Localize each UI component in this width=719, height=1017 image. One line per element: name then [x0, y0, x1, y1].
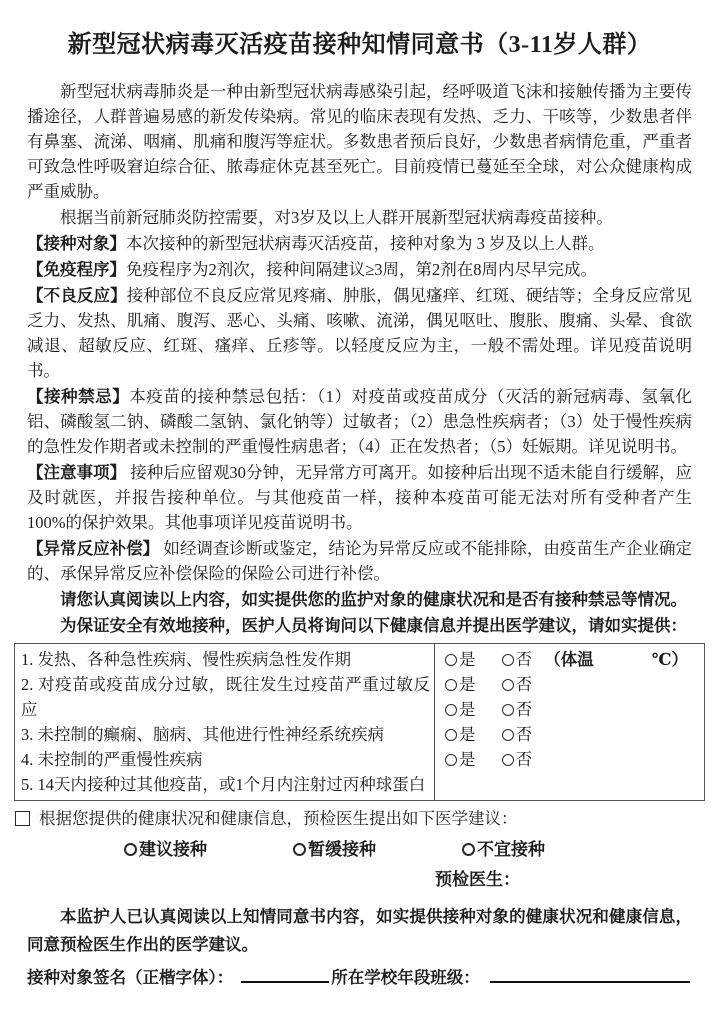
yes-option[interactable]: 是 [445, 722, 476, 747]
temperature-field: （体温℃） [544, 650, 688, 669]
health-item-1: 1. 发热、各种急性疾病、慢性疾病急性发作期 [21, 647, 430, 672]
notice-line-1: 请您认真阅读以上内容，如实提供您的监护对象的健康状况和是否有接种禁忌等情况。 [27, 587, 692, 613]
option-label: 建议接种 [139, 840, 207, 859]
yes-no-row-5: 是 否 [445, 747, 704, 772]
health-item-3: 3. 未控制的癫痫、脑病、其他进行性神经系统疾病 [21, 722, 430, 747]
temperature-label: （体温 [544, 650, 594, 669]
no-option[interactable]: 否 [502, 697, 533, 722]
health-item-5: 5. 14天内接种过其他疫苗，或1个月内注射过丙种球蛋白 [21, 772, 430, 797]
yes-no-row-2: 是 否 [445, 672, 704, 697]
section-contraindications: 【接种禁忌】本疫苗的接种禁忌包括：（1）对疫苗或疫苗成分（灭活的新冠病毒、氢氧化… [27, 384, 692, 459]
option-recommend[interactable]: 建议接种 [124, 837, 207, 862]
radio-circle-icon [502, 754, 514, 766]
radio-circle-icon [445, 754, 457, 766]
no-label: 否 [516, 725, 533, 744]
yes-label: 是 [459, 675, 476, 694]
no-option[interactable]: 否 [502, 647, 533, 672]
section-label: 【免疫程序】 [27, 260, 126, 279]
radio-circle-icon [445, 704, 457, 716]
yes-option[interactable]: 是 [445, 697, 476, 722]
intro-paragraph-1: 新型冠状病毒肺炎是一种由新型冠状病毒感染引起，经呼吸道飞沫和接触传播为主要传播途… [27, 79, 692, 204]
yes-no-row-empty [445, 772, 704, 797]
yes-option[interactable]: 是 [445, 747, 476, 772]
radio-circle-icon [502, 729, 514, 741]
section-text: 本次接种的新型冠状病毒灭活疫苗，接种对象为 3 岁及以上人群。 [126, 234, 605, 253]
signature-line: 接种对象签名（正楷字体）：所在学校年段班级： [27, 965, 692, 991]
section-text: 接种后应留观30分钟，无异常方可离开。如接种后出现不适未能自行缓解，应及时就医，… [27, 463, 692, 532]
yes-no-row-3: 是 否 [445, 697, 704, 722]
yes-no-row-1: 是 否 （体温℃） [445, 647, 704, 672]
section-label: 【注意事项】 [27, 463, 126, 482]
yes-no-column: 是 否 （体温℃） 是 否 是 否 是 否 是 否 [435, 644, 704, 800]
section-label: 【不良反应】 [27, 286, 127, 305]
section-text: 免疫程序为2剂次，接种间隔建议≥3周，第2剂在8周内尽早完成。 [126, 260, 597, 279]
option-postpone[interactable]: 暂缓接种 [293, 837, 376, 862]
no-label: 否 [516, 650, 533, 669]
radio-circle-icon [462, 843, 475, 856]
page-title: 新型冠状病毒灭活疫苗接种知情同意书（3-11岁人群） [27, 24, 692, 59]
section-label: 【接种对象】 [27, 234, 126, 253]
yes-label: 是 [459, 650, 476, 669]
advice-checkbox[interactable] [15, 811, 30, 826]
section-label: 【接种禁忌】 [27, 387, 129, 406]
health-items-column: 1. 发热、各种急性疾病、慢性疾病急性发作期 2. 对疫苗或疫苗成分过敏，既往发… [15, 644, 435, 800]
advice-options: 建议接种 暂缓接种 不宜接种 [27, 837, 692, 862]
section-immunization-schedule: 【免疫程序】免疫程序为2剂次，接种间隔建议≥3周，第2剂在8周内尽早完成。 [27, 257, 692, 282]
section-label: 【异常反应补偿】 [27, 539, 159, 558]
school-class-label: 所在学校年段班级： [331, 968, 480, 987]
section-text: 接种部位不良反应常见疼痛、肿胀，偶见瘙痒、红斑、硬结等；全身反应常见乏力、发热、… [27, 286, 692, 380]
radio-circle-icon [502, 679, 514, 691]
yes-option[interactable]: 是 [445, 647, 476, 672]
yes-label: 是 [459, 700, 476, 719]
radio-circle-icon [293, 843, 306, 856]
radio-circle-icon [445, 729, 457, 741]
yes-label: 是 [459, 725, 476, 744]
section-compensation: 【异常反应补偿】 如经调查诊断或鉴定，结论为异常反应或不能排除，由疫苗生产企业确… [27, 536, 692, 586]
section-adverse-reactions: 【不良反应】接种部位不良反应常见疼痛、肿胀，偶见瘙痒、红斑、硬结等；全身反应常见… [27, 283, 692, 383]
section-precautions: 【注意事项】 接种后应留观30分钟，无异常方可离开。如接种后出现不适未能自行缓解… [27, 460, 692, 535]
health-screening-table: 1. 发热、各种急性疾病、慢性疾病急性发作期 2. 对疫苗或疫苗成分过敏，既往发… [14, 643, 705, 801]
yes-option[interactable]: 是 [445, 672, 476, 697]
option-label: 暂缓接种 [308, 840, 376, 859]
intro-paragraph-2: 根据当前新冠肺炎防控需要，对3岁及以上人群开展新型冠状病毒疫苗接种。 [27, 205, 692, 230]
no-option[interactable]: 否 [502, 747, 533, 772]
doctor-signature-label: 预检医生： [27, 867, 692, 892]
no-label: 否 [516, 750, 533, 769]
no-label: 否 [516, 675, 533, 694]
health-item-4: 4. 未控制的严重慢性疾病 [21, 747, 430, 772]
health-item-2: 2. 对疫苗或疫苗成分过敏，既往发生过疫苗严重过敏反应 [21, 672, 430, 722]
radio-circle-icon [124, 843, 137, 856]
radio-circle-icon [502, 654, 514, 666]
signature-label: 接种对象签名（正楷字体）： [27, 968, 233, 987]
no-option[interactable]: 否 [502, 722, 533, 747]
radio-circle-icon [502, 704, 514, 716]
yes-no-row-4: 是 否 [445, 722, 704, 747]
consent-form-page: 新型冠状病毒灭活疫苗接种知情同意书（3-11岁人群） 新型冠状病毒肺炎是一种由新… [0, 0, 719, 991]
notice-line-2: 为保证安全有效地接种，医护人员将询问以下健康信息并提出医学建议，请如实提供： [27, 613, 692, 639]
radio-circle-icon [445, 654, 457, 666]
yes-label: 是 [459, 750, 476, 769]
celsius-label: ℃） [652, 650, 688, 669]
signature-input[interactable] [241, 966, 329, 983]
radio-circle-icon [445, 679, 457, 691]
advice-checkbox-label: 根据您提供的健康状况和健康信息，预检医生提出如下医学建议： [39, 809, 518, 828]
option-label: 不宜接种 [477, 840, 545, 859]
no-label: 否 [516, 700, 533, 719]
guardian-consent-paragraph: 本监护人已认真阅读以上知情同意书内容，如实提供接种对象的健康状况和健康信息，同意… [27, 903, 692, 959]
no-option[interactable]: 否 [502, 672, 533, 697]
section-vaccination-target: 【接种对象】本次接种的新型冠状病毒灭活疫苗，接种对象为 3 岁及以上人群。 [27, 231, 692, 256]
school-class-input[interactable] [490, 966, 690, 983]
doctor-advice-line: 根据您提供的健康状况和健康信息，预检医生提出如下医学建议： [15, 806, 692, 831]
option-unsuitable[interactable]: 不宜接种 [462, 837, 545, 862]
